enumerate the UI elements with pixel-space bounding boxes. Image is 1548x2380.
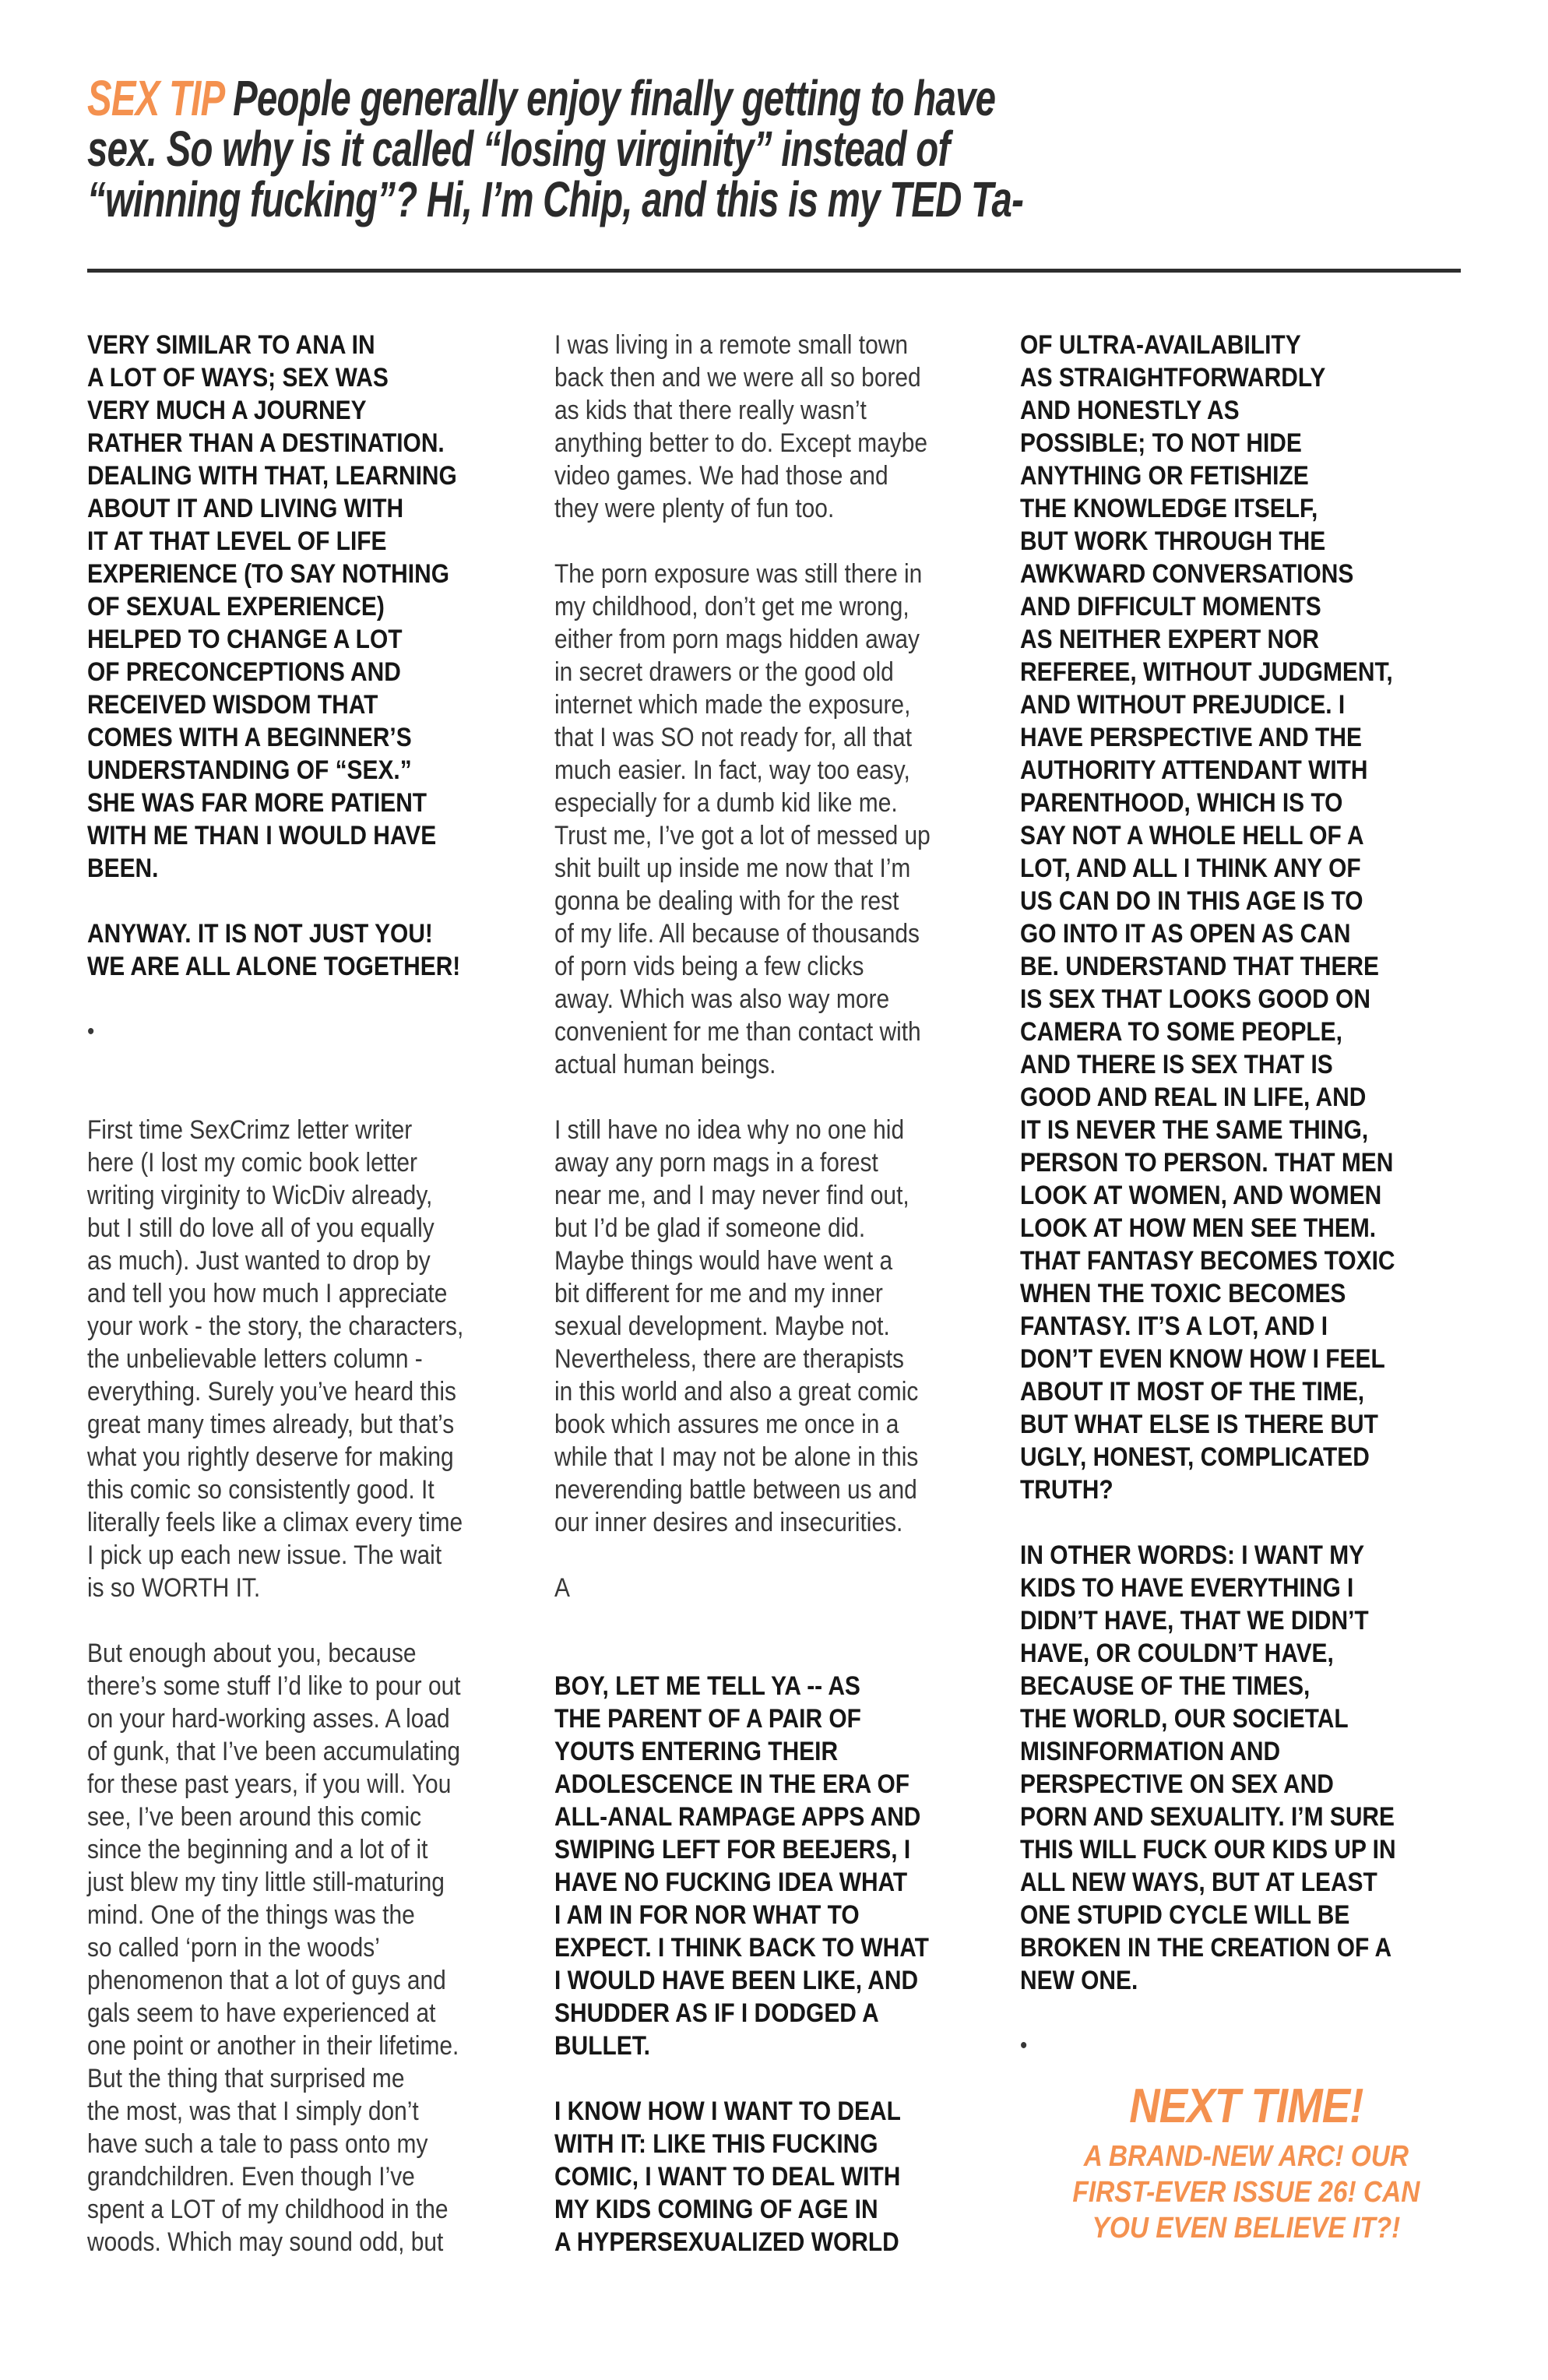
- reply-paragraph: IN OTHER WORDS: I WANT MY KIDS TO HAVE E…: [1020, 1539, 1514, 1997]
- next-time-teaser: NEXT TIME! A BRAND-NEW ARC! OUR FIRST-EV…: [1020, 2079, 1472, 2246]
- reply-paragraph: OF ULTRA-AVAILABILITY AS STRAIGHTFORWARD…: [1020, 329, 1514, 1506]
- bullet-separator: •: [87, 1016, 581, 1048]
- letter-paragraph: The porn exposure was still there in my …: [554, 558, 1048, 1081]
- column-1: VERY SIMILAR TO ANA IN A LOT OF WAYS; SE…: [87, 329, 581, 2259]
- column-3: OF ULTRA-AVAILABILITY AS STRAIGHTFORWARD…: [1020, 329, 1514, 2246]
- letter-paragraph: But enough about you, because there’s so…: [87, 1637, 581, 2259]
- reply-paragraph: BOY, LET ME TELL YA -- AS THE PARENT OF …: [554, 1670, 1048, 2062]
- next-time-title: NEXT TIME!: [1020, 2079, 1472, 2134]
- sex-tip-label: SEX TIP: [87, 70, 223, 126]
- page-header: SEX TIP People generally enjoy finally g…: [87, 73, 1470, 225]
- reply-paragraph: I KNOW HOW I WANT TO DEAL WITH IT: LIKE …: [554, 2095, 1048, 2259]
- reply-paragraph: VERY SIMILAR TO ANA IN A LOT OF WAYS; SE…: [87, 329, 581, 885]
- reply-paragraph: ANYWAY. IT IS NOT JUST YOU! WE ARE ALL A…: [87, 917, 581, 983]
- letter-paragraph: I still have no idea why no one hid away…: [554, 1114, 1048, 1539]
- letter-signoff: A: [554, 1572, 1048, 1604]
- letter-paragraph: I was living in a remote small town back…: [554, 329, 1048, 525]
- bullet-separator: •: [1020, 2030, 1514, 2062]
- divider-rule: [87, 269, 1461, 273]
- header-text: People generally enjoy finally getting t…: [87, 70, 1023, 227]
- column-2: I was living in a remote small town back…: [554, 329, 1048, 2259]
- next-time-subtitle: A BRAND-NEW ARC! OUR FIRST-EVER ISSUE 26…: [1020, 2139, 1472, 2246]
- letters-page: SEX TIP People generally enjoy finally g…: [0, 0, 1548, 2380]
- letter-paragraph: First time SexCrimz letter writer here (…: [87, 1114, 581, 1604]
